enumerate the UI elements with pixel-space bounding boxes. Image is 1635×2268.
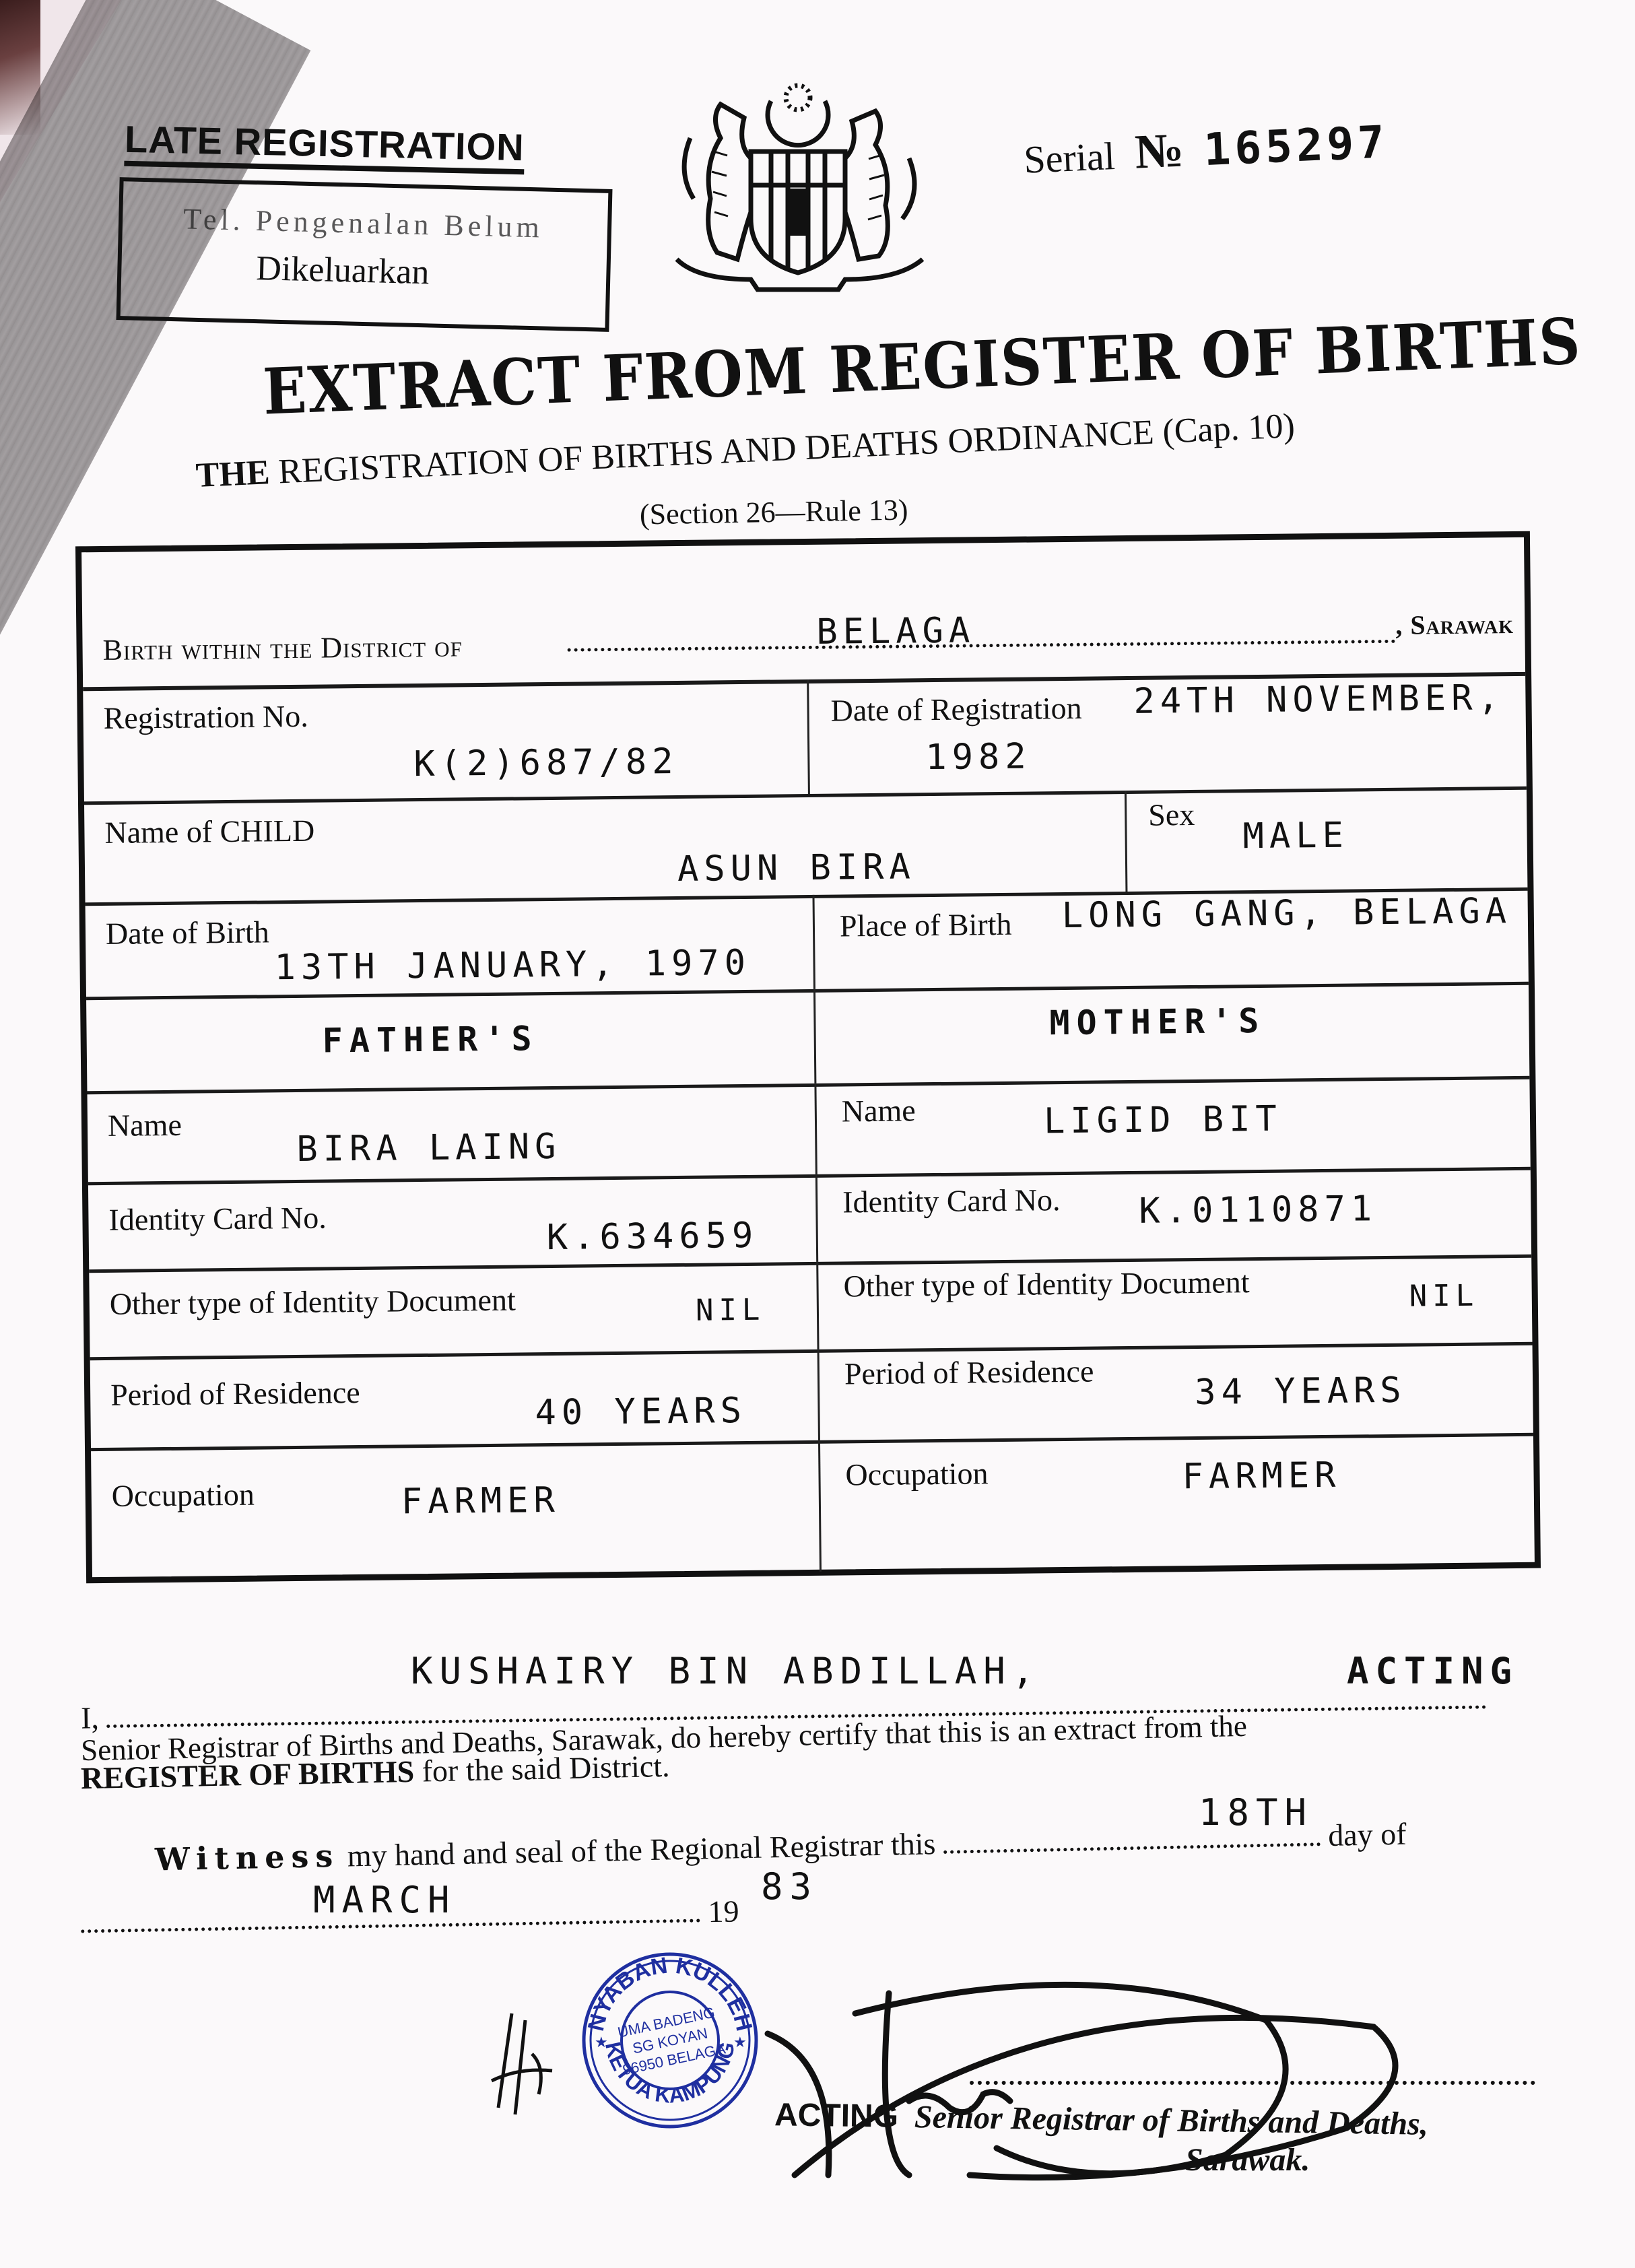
divider	[814, 1083, 817, 1174]
father-other-id-value: NIL	[696, 1293, 766, 1328]
mother-other-id-label: Other type of Identity Document	[843, 1264, 1249, 1304]
father-ic-label: Identity Card No.	[108, 1200, 327, 1238]
registration-no-label: Registration No.	[103, 698, 308, 736]
parents-heading-row: FATHER'S MOTHER'S	[86, 982, 1529, 1094]
day-dotted-line	[943, 1842, 1321, 1854]
mother-name-label: Name	[842, 1092, 916, 1129]
child-row: Name of CHILD ASUN BIRA Sex MALE	[84, 787, 1528, 906]
mother-residence-label: Period of Residence	[844, 1354, 1094, 1392]
birth-certificate-extract: LATE REGISTRATION Tel. Pengenalan Belum …	[0, 0, 1635, 2268]
father-name-label: Name	[108, 1107, 182, 1143]
district-row: Birth within the District of BELAGA , Sa…	[81, 537, 1525, 691]
stamp-line-1: Tel. Pengenalan Belum	[183, 201, 544, 244]
month-dotted-line	[81, 1919, 700, 1933]
father-name-value: BIRA LAING	[296, 1127, 562, 1170]
mother-residence-value: 34 YEARS	[1195, 1370, 1407, 1413]
district-value: BELAGA	[816, 610, 975, 652]
father-occupation-value: FARMER	[401, 1480, 560, 1522]
stamp-line-2: Dikeluarkan	[256, 248, 430, 292]
mother-ic-label: Identity Card No.	[842, 1182, 1061, 1220]
date-of-birth-label: Date of Birth	[106, 914, 269, 952]
date-of-birth-value: 13TH JANUARY, 1970	[274, 943, 751, 988]
coat-of-arms-icon	[657, 77, 939, 300]
mother-heading: MOTHER'S	[1049, 1001, 1265, 1042]
divider	[816, 1262, 819, 1349]
divider	[813, 989, 816, 1083]
sex-label: Sex	[1148, 797, 1195, 833]
signature-dotted-line	[970, 2081, 1535, 2085]
date-of-registration-label: Date of Registration	[830, 690, 1082, 729]
divider	[817, 1349, 820, 1440]
mother-occupation-value: FARMER	[1182, 1455, 1341, 1497]
father-residence-label: Period of Residence	[110, 1374, 360, 1413]
district-label: Birth within the District of	[102, 629, 463, 667]
registration-no-value: K(2)687/82	[413, 741, 679, 785]
village-head-seal-icon: NYABAN KULLEH KETUA KAMPUNG ★ ★ UMA BADE…	[576, 1946, 764, 2135]
divider	[1125, 791, 1128, 892]
svg-text:★: ★	[595, 2034, 608, 2050]
date-of-registration-value-1: 24TH NOVEMBER,	[1133, 677, 1504, 722]
registration-row: Registration No. K(2)687/82 Date of Regi…	[83, 672, 1527, 805]
serial-number: Serial№165297	[1022, 113, 1389, 185]
month-year-line: 19	[81, 1893, 739, 1940]
section-rule: (Section 26—Rule 13)	[640, 493, 908, 532]
year-value: 83	[761, 1865, 818, 1908]
district-dotted-line	[568, 640, 1396, 652]
mother-name-value: LIGID BIT	[1044, 1099, 1282, 1142]
registrar-name-value: KUSHAIRY BIN ABDILLAH,	[411, 1650, 1040, 1692]
father-ic-value: K.634659	[546, 1215, 758, 1258]
parent-occupation-row: Occupation FARMER Occupation FARMER	[91, 1433, 1535, 1579]
father-residence-value: 40 YEARS	[535, 1391, 747, 1433]
father-heading: FATHER'S	[322, 1019, 538, 1060]
signature-title-state: Sarawak.	[1185, 2141, 1310, 2178]
divider	[818, 1440, 822, 1572]
child-name-value: ASUN BIRA	[677, 846, 916, 890]
mother-occupation-label: Occupation	[845, 1455, 989, 1492]
divider	[807, 679, 810, 794]
place-of-birth-value: LONG GANG, BELAGA	[1062, 891, 1512, 936]
date-of-registration-value-2: 1982	[925, 737, 1032, 778]
birth-row: Date of Birth 13TH JANUARY, 1970 Place o…	[86, 888, 1529, 1000]
birth-register-form: Birth within the District of BELAGA , Sa…	[75, 531, 1541, 1584]
place-of-birth-label: Place of Birth	[840, 906, 1012, 944]
serial-label: Serial	[1023, 134, 1116, 182]
serial-number-value: 165297	[1203, 116, 1390, 176]
initials-signature-icon	[485, 2007, 559, 2121]
mother-other-id-value: NIL	[1409, 1279, 1479, 1314]
child-name-label: Name of CHILD	[104, 813, 314, 850]
ic-not-issued-stamp: Tel. Pengenalan Belum Dikeluarkan	[116, 177, 613, 332]
sex-value: MALE	[1242, 815, 1349, 857]
divider	[812, 895, 815, 989]
divider	[815, 1174, 818, 1262]
svg-text:★: ★	[733, 2034, 747, 2050]
late-registration-label: LATE REGISTRATION	[124, 117, 525, 174]
father-other-id-label: Other type of Identity Document	[110, 1282, 516, 1322]
numero-sign: №	[1134, 123, 1185, 178]
mother-ic-value: K.0110871	[1139, 1189, 1377, 1232]
district-suffix: , Sarawak	[1395, 608, 1514, 641]
father-occupation-label: Occupation	[111, 1477, 255, 1514]
